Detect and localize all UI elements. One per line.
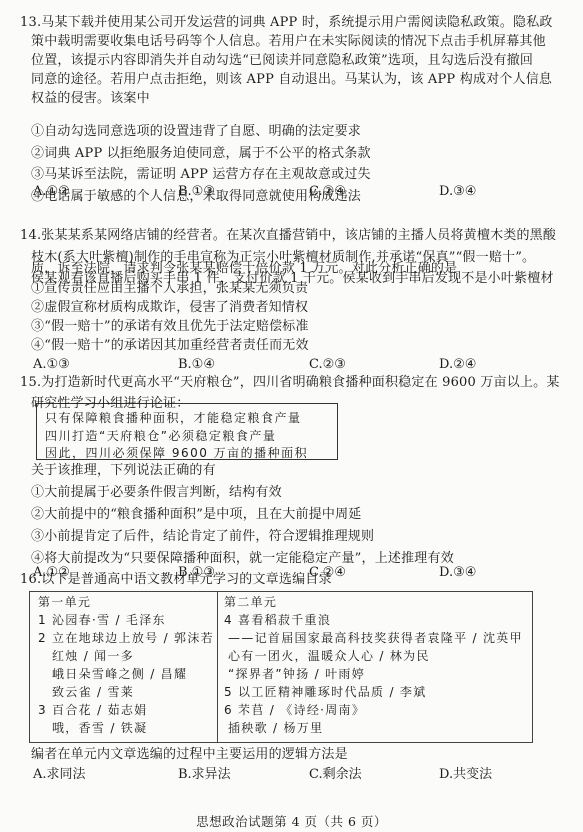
q13-stem-line: 策中载明需要收集电话号码等个人信息。若用户在未实际阅读的情况下点击手机屏幕其他 <box>31 34 546 50</box>
q13-statement-3: ③马某诉至法院，需证明 APP 运营方存在主观故意或过失 <box>31 167 371 183</box>
q13-option-b[interactable]: B.①③ <box>178 184 215 200</box>
q14-stem-line: 14.张某某系某网络店铺的经营者。在某次直播营销中，该店铺的主播人员将黄檀木类的… <box>20 228 556 244</box>
q16-contents-table: 第一单元 1 沁园春·雪 / 毛泽东 2 立在地球边上放号 / 郭沫若 红烛 /… <box>29 591 533 743</box>
table-cell: 6 芣苢 / 《诗经·周南》 <box>224 702 365 718</box>
q13-option-d[interactable]: D.③④ <box>439 184 476 200</box>
q16-option-b[interactable]: B.求异法 <box>178 767 231 783</box>
q14-option-c[interactable]: C.②③ <box>309 357 346 373</box>
q13-option-c[interactable]: C.②④ <box>309 184 346 200</box>
q14-option-a[interactable]: A.①③ <box>33 357 70 373</box>
q13-option-a[interactable]: A.①② <box>33 184 70 200</box>
q14-option-b[interactable]: B.①④ <box>178 357 215 373</box>
table-cell: 2 立在地球边上放号 / 郭沫若 <box>38 630 214 646</box>
q16-option-c[interactable]: C.剩余法 <box>309 767 362 783</box>
q15-option-d[interactable]: D.③④ <box>439 565 476 581</box>
table-cell: 第一单元 <box>38 594 91 610</box>
q15-statement-2: ②大前提中的“粮食播种面积”是中项，且在大前提中周延 <box>31 507 362 523</box>
q15-minor-premise: 四川打造“天府粮仓”必须稳定粮食产量 <box>45 427 276 444</box>
q14-option-d[interactable]: D.②④ <box>439 357 476 373</box>
q13-stem-line: 13.马某下载并使用某公司开发运营的词典 APP 时，系统提示用户需阅读隐私政策… <box>20 15 553 31</box>
table-cell: 插秧歌 / 杨万里 <box>228 720 323 736</box>
table-cell: 哦，香雪 / 铁凝 <box>52 720 147 736</box>
q15-conclusion: 因此，四川必须保障 9600 万亩的播种面积 <box>45 444 308 461</box>
table-cell: 峨日朵雪峰之侧 / 昌耀 <box>52 666 187 682</box>
table-cell: 红烛 / 闻一多 <box>52 648 134 664</box>
q13-stem-line: 同意的途径。若用户点击拒绝，则该 APP 自动退出。马某认为，该 APP 构成对… <box>31 72 552 88</box>
q14-statement-1: ①宣传责任应由主播个人承担，张某某无须负责 <box>31 281 308 297</box>
table-cell: 心有一团火，温暖众人心 / 林为民 <box>228 648 430 664</box>
q14-statement-4: ④“假一赔十”的承诺因其加重经营者责任而无效 <box>31 338 309 354</box>
q13-stem-line: 位置，该提示内容即消失并自动勾选“已阅读并同意隐私政策”选项，且勾选后没有撤回 <box>31 53 533 69</box>
q16-title: 16.以下是普通高中语文教材单元学习的文章选编目录 <box>20 572 332 588</box>
q14-statement-3: ③“假一赔十”的承诺有效且优先于法定赔偿标准 <box>31 319 309 335</box>
table-cell: 1 沁园春·雪 / 毛泽东 <box>38 612 166 628</box>
q16-prompt: 编者在单元内文章选编的过程中主要运用的逻辑方法是 <box>31 747 348 763</box>
table-cell: 致云雀 / 雪莱 <box>52 684 134 700</box>
table-cell: 3 百合花 / 茹志娟 <box>38 702 147 718</box>
q15-statement-3: ③小前提肯定了后件，结论肯定了前件，符合逻辑推理规则 <box>31 529 374 545</box>
table-cell: 第二单元 <box>224 594 277 610</box>
table-cell: ——记首届国家最高科技奖获得者袁隆平 / 沈英甲 <box>228 630 523 646</box>
q15-statement-4: ④将大前提改为“只要保障播种面积，就一定能稳定产量”，上述推理有效 <box>31 551 454 567</box>
q15-stem-line: 研究性学习小组进行论证： <box>31 396 189 412</box>
q15-prompt: 关于该推理，下列说法正确的有 <box>31 463 216 479</box>
q13-statement-2: ②词典 APP 以拒绝服务迫使同意，属于不公平的格式条款 <box>31 146 371 162</box>
table-cell: 4 喜看稻菽千重浪 <box>224 612 331 628</box>
q15-statement-1: ①大前提属于必要条件假言判断，结构有效 <box>31 485 282 501</box>
q16-option-a[interactable]: A.求同法 <box>33 767 86 783</box>
q13-stem-line: 权益的侵害。该案中 <box>31 91 150 107</box>
q14-statement-2: ②虚假宣称材质构成欺诈，侵害了消费者知情权 <box>31 300 308 316</box>
table-cell: 5 以工匠精神雕琢时代品质 / 李斌 <box>224 684 427 700</box>
table-column-divider <box>217 592 218 742</box>
q14-stem-line: 质，诉至法院，请求判令张某某赔偿十倍价款 1 万元。对此分析正确的是 <box>31 261 457 277</box>
q15-stem-line: 15.为打造新时代更高水平“天府粮仓”，四川省明确粮食播种面积稳定在 9600 … <box>20 375 560 391</box>
table-cell: “探界者”钟扬 / 叶雨婷 <box>228 666 365 682</box>
page-footer: 思想政治试题第 4 页（共 6 页） <box>0 812 583 830</box>
q16-option-d[interactable]: D.共变法 <box>439 767 492 783</box>
q13-statement-1: ①自动勾选同意选项的设置违背了自愿、明确的法定要求 <box>31 124 361 140</box>
